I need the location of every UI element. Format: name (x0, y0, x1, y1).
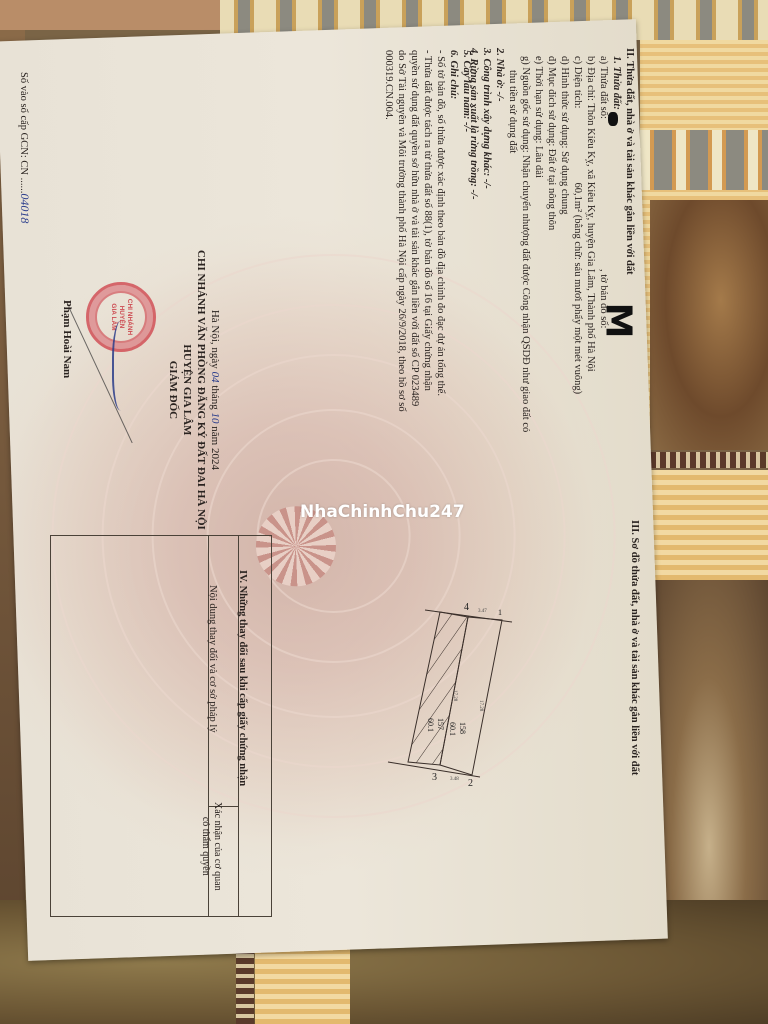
note-line: - Thửa đất được tách ra từ thửa đất số 8… (421, 50, 434, 412)
watermark: NhaChinhChu247 (300, 502, 465, 522)
note-line: quyền sử dụng đất quyền sở hữu nhà ở và … (408, 50, 421, 412)
authority-confirmation-column: Xác nhận của cơ quan có thẩm quyền (199, 802, 223, 891)
signature-icon (112, 318, 134, 412)
area-label: c) Diện tích: (572, 56, 583, 108)
signer-name: Phạm Hoài Nam (61, 300, 73, 378)
floor-tile (650, 470, 768, 580)
usage-term: e) Thời hạn sử dụng: Lâu dài (532, 48, 545, 432)
neighbor-parcel-area: 60.1 (426, 718, 435, 732)
floor-tile-marble (650, 200, 768, 450)
signature-block: Hà Nội, ngày 04 tháng 10 năm 2024 CHI NH… (166, 250, 222, 530)
registry-number: Số vào sổ cấp GCN: CN ......04018 (17, 72, 32, 223)
parcel-corner: 2 (468, 778, 473, 789)
issuing-office: CHI NHÁNH VĂN PHÒNG ĐĂNG KÝ ĐẤT ĐAI HÀ N… (194, 250, 208, 530)
parcel-number-label: a) Thửa đất số: (598, 56, 609, 119)
parcel-address: b) Địa chỉ: Thôn Kiêu Kỵ, xã Kiêu Kỵ, hu… (584, 48, 597, 432)
parcel-edge-length: 3.47 (478, 609, 487, 614)
floor-tile (0, 0, 220, 30)
other-construction-item: 3. Công trình xây dựng khác: -/- (480, 48, 493, 432)
parcel-edge-length: 3.48 (450, 777, 459, 782)
area-value: 60,1m² (bằng chữ: sáu mươi phẩy một mét … (572, 182, 583, 394)
section-ii-title: II. Thửa đất, nhà ở và tài sản khác gắn … (623, 48, 636, 432)
handwritten-mark: M (597, 303, 638, 339)
authority-label: có thẩm quyền (199, 802, 211, 891)
registry-label: Số vào sổ cấp GCN: CN ...... (18, 72, 29, 193)
registry-value: 04018 (18, 193, 32, 223)
note-line: 000319.CN.004. (382, 50, 395, 412)
usage-origin: g) Nguồn gốc sử dụng: Nhận chuyển nhượng… (519, 48, 532, 432)
issuing-district: HUYỆN GIA LÂM (180, 250, 194, 530)
redaction-mark (608, 112, 618, 126)
parcel-corner: 4 (464, 602, 469, 613)
parcel-corner: 3 (432, 772, 437, 783)
usage-origin-cont: thu tiền sử dụng đất (506, 48, 519, 432)
parcel-id: 158 (458, 722, 467, 734)
date-prefix: Hà Nội, ngày (209, 310, 221, 369)
month-label: tháng (209, 385, 221, 409)
year-label: năm 2024 (209, 426, 221, 470)
house-item: 2. Nhà ở: -/- (493, 48, 506, 432)
changes-content-column: Nội dung thay đổi và cơ sở pháp lý (207, 585, 218, 733)
parcel-area: 60.1 (448, 722, 457, 736)
parcel-edge-length: 17.28 (478, 700, 483, 712)
parcel-edge-length: 17.28 (452, 690, 457, 702)
section-iv-title: IV. Những thay đổi sau khi cấp giấy chứn… (237, 570, 248, 786)
subsection-parcel-title: 1. Thửa đất: (610, 48, 623, 432)
date-month: 10 (209, 413, 221, 424)
perennial-tree-item: 5. Cây lâu năm: -/- (460, 50, 473, 412)
floor-tile-border (640, 130, 768, 190)
parcel-diagram: 4 1 2 3 3.47 3.48 17.28 17.28 158 60.1 1… (380, 570, 550, 800)
notes-block: 5. Cây lâu năm: -/- 6. Ghi chú: - Số tờ … (382, 50, 473, 412)
date-day: 04 (209, 372, 221, 383)
usage-form: d) Hình thức sử dụng: Sử dụng chung (558, 48, 571, 432)
signer-position: GIÁM ĐỐC (166, 250, 180, 530)
section-ii-land-parcel: II. Thửa đất, nhà ở và tài sản khác gắn … (467, 48, 636, 432)
note-line: do Sở Tài nguyên và Môi trường thành phố… (395, 50, 408, 412)
authority-label: Xác nhận của cơ quan (211, 802, 223, 891)
neighbor-parcel-id: 157 (436, 718, 445, 730)
floor-tile-rope (650, 452, 768, 468)
usage-purpose: đ) Mục đích sử dụng: Đất ở tại nông thôn (545, 48, 558, 432)
notes-title: 6. Ghi chú: (447, 50, 460, 412)
note-line: - Số tờ bản đồ, số thửa được xác định th… (434, 50, 447, 412)
floor-tile (255, 940, 350, 1024)
section-iii-title: III. Sơ đồ thửa đất, nhà ở và tài sản kh… (629, 520, 640, 775)
parcel-corner: 1 (498, 608, 502, 617)
